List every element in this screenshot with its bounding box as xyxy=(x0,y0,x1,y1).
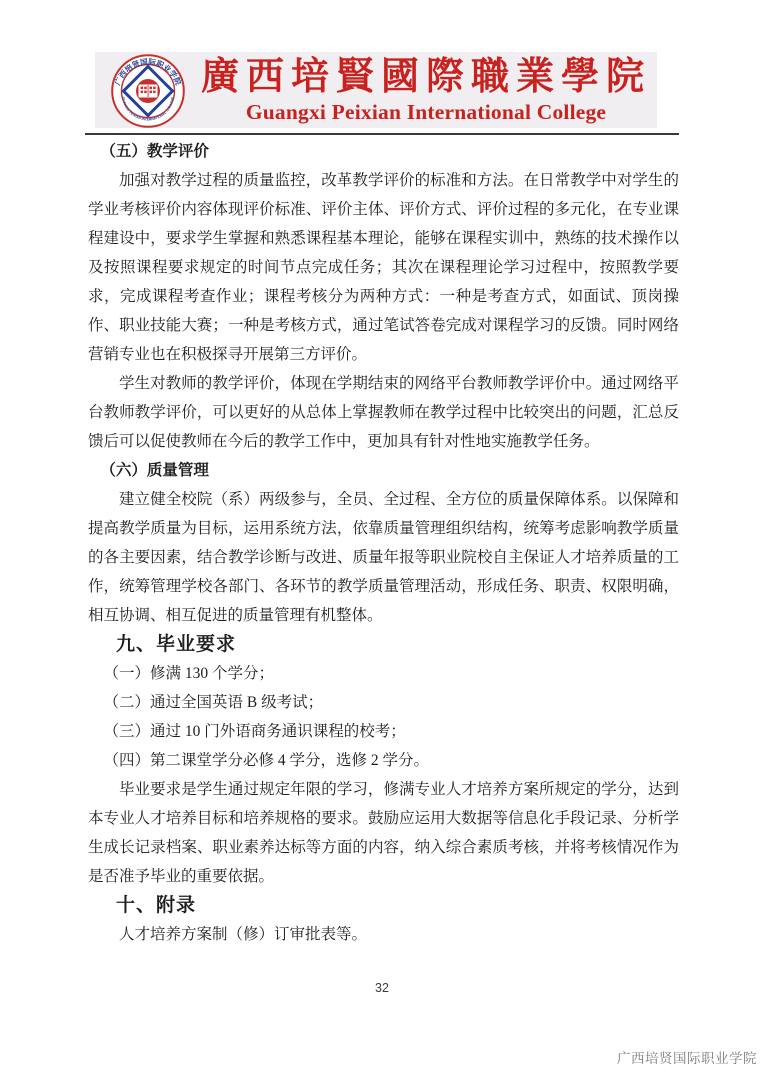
chapter-10-paragraph-1: 人才培养方案制（修）订审批表等。 xyxy=(88,920,679,949)
section-5-paragraph-2: 学生对教师的教学评价，体现在学期结束的网络平台教师教学评价中。通过网络平台教师教… xyxy=(88,369,679,456)
college-title-en: Guangxi Peixian International College xyxy=(195,100,657,124)
open-book-icon xyxy=(139,85,158,98)
section-5-paragraph-1: 加强对教学过程的质量监控，改革教学评价的标准和方法。在日常教学中对学生的学业考核… xyxy=(88,166,679,369)
college-emblem-svg: 广西培贤国际职业学院 GUANGXI PEIXIAN INTERNATIONAL… xyxy=(111,54,185,128)
footer-watermark: 广西培贤国际职业学院 xyxy=(617,1047,757,1067)
header-divider xyxy=(85,133,679,135)
college-emblem-icon: 广西培贤国际职业学院 GUANGXI PEIXIAN INTERNATIONAL… xyxy=(111,54,185,128)
chapter-9-paragraph-1: 毕业要求是学生通过规定年限的学习，修满专业人才培养方案所规定的学分，达到本专业人… xyxy=(88,775,679,891)
graduation-requirement-item-1: （一）修满 130 个学分； xyxy=(88,659,679,688)
graduation-requirement-item-4: （四）第二课堂学分必修 4 学分，选修 2 学分。 xyxy=(88,746,679,775)
header-titles: 廣西培賢國際職業學院 Guangxi Peixian International… xyxy=(195,54,657,124)
page-number: 32 xyxy=(0,981,764,995)
chapter-10-heading: 十、附录 xyxy=(88,891,679,920)
section-6-paragraph-1: 建立健全校院（系）两级参与，全员、全过程、全方位的质量保障体系。以保障和提高教学… xyxy=(88,485,679,630)
graduation-requirement-item-2: （二）通过全国英语 B 级考试； xyxy=(88,688,679,717)
document-body: （五）教学评价 加强对教学过程的质量监控，改革教学评价的标准和方法。在日常教学中… xyxy=(88,137,679,949)
section-6-heading: （六）质量管理 xyxy=(88,456,679,485)
document-page: 广西培贤国际职业学院 GUANGXI PEIXIAN INTERNATIONAL… xyxy=(0,0,764,1080)
section-5-heading: （五）教学评价 xyxy=(88,137,679,166)
graduation-requirement-item-3: （三）通过 10 门外语商务通识课程的校考； xyxy=(88,717,679,746)
chapter-9-heading: 九、毕业要求 xyxy=(88,630,679,659)
college-title-zh: 廣西培賢國際職業學院 xyxy=(195,54,657,100)
